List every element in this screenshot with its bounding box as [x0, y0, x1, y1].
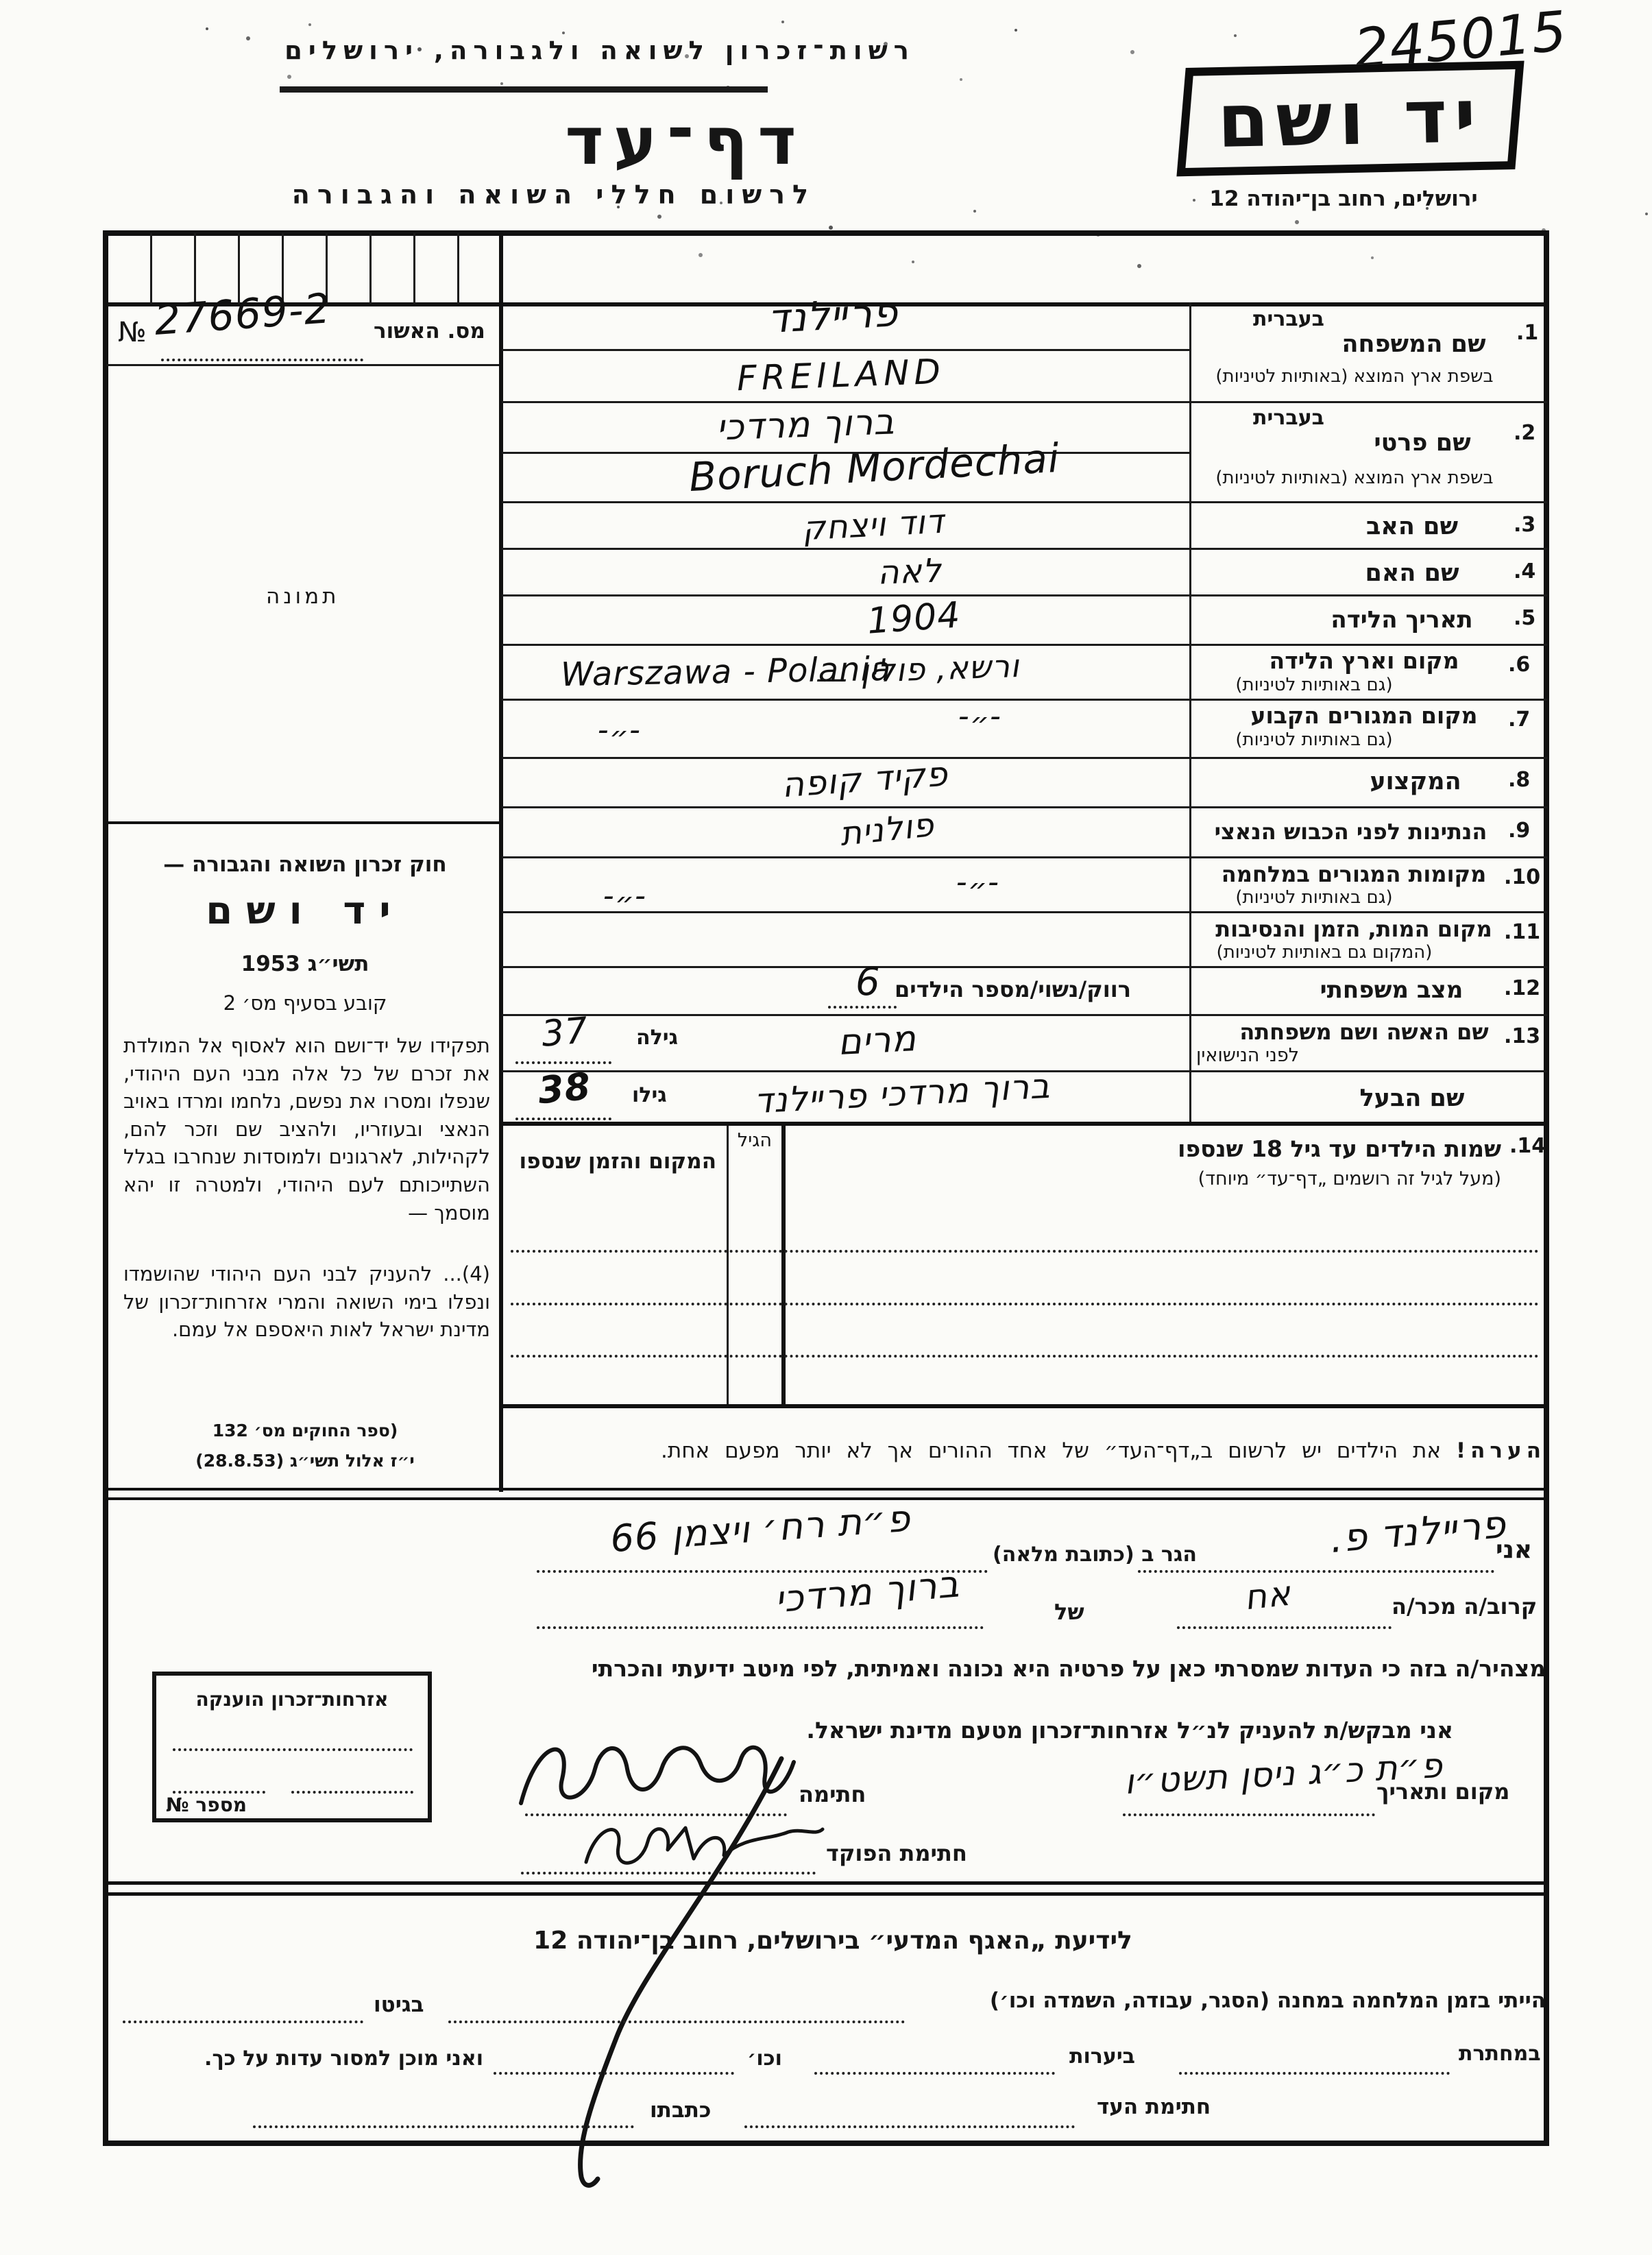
- note-text: את הילדים יש לרשום ב„דף־העד״ של אחד ההור…: [661, 1438, 1441, 1463]
- field-label-wife-name: שם האשה ושם משפחתה: [1227, 1019, 1501, 1045]
- photo-placeholder-label: תמונה: [266, 584, 340, 609]
- field-label-death-place: מקום המות, הזמן והנסיבות: [1213, 916, 1494, 942]
- field-number: 10.: [1504, 865, 1540, 889]
- law-section: קובע בסעיף מס׳ 2: [120, 991, 490, 1015]
- field-number: 1.: [1516, 321, 1538, 345]
- approval-dotted-line: [161, 359, 363, 361]
- field-label-father-name: שם האב: [1323, 513, 1501, 540]
- children-table-divider: [781, 1126, 786, 1404]
- row-line: [502, 1014, 1547, 1016]
- strip-cell-line: [369, 233, 372, 304]
- law-box-top-line: [107, 821, 499, 824]
- father-name-handwritten: דוד ויצחק: [801, 503, 945, 548]
- residence-ditto-mark: ־״־: [598, 720, 641, 755]
- relation-handwritten: אח: [1242, 1573, 1293, 1618]
- field-label-permanent-residence: מקום המגורים הקבוע: [1227, 702, 1501, 729]
- relation-of-label: של: [1054, 1599, 1084, 1625]
- form-title: דף־עד: [548, 103, 823, 180]
- residence-ditto-mark: ־״־: [958, 706, 1001, 741]
- law-paragraph-2: ‏(4)... להעניק לבני העם היהודי שהושמדו ו…: [123, 1260, 490, 1344]
- wartime-ditto-mark: ־״־: [956, 872, 999, 907]
- field-number: 12.: [1504, 976, 1540, 1000]
- grant-box-number-label: מספר №: [166, 1794, 247, 1816]
- left-column-divider: [499, 232, 503, 1492]
- approval-no-sign: №: [118, 317, 147, 348]
- row-line: [502, 856, 1547, 858]
- children-count-handwritten: 6: [855, 960, 881, 1004]
- field-label-profession: המקצוע: [1330, 768, 1501, 795]
- birth-place-latin-handwritten: Warszawa - Polania: [561, 650, 892, 694]
- note-label: הערה!: [1456, 1438, 1546, 1463]
- field-number: 4.: [1514, 559, 1535, 583]
- field-sublabel: (גם באותיות לטיניות): [1201, 675, 1427, 695]
- note-row: הערה! את הילדים יש לרשום ב„דף־העד״ של אח…: [507, 1438, 1546, 1463]
- witness-address-label: כתבתו: [650, 2098, 711, 2123]
- field-label-wartime-residences: מקומות המגורים במלחמה: [1213, 861, 1494, 887]
- underground-label: במחתרת: [1459, 2042, 1541, 2066]
- field-number: 11.: [1504, 920, 1540, 944]
- row-line: [502, 966, 1547, 968]
- field-number: 14.: [1509, 1134, 1546, 1158]
- mother-name-handwritten: לאה: [877, 551, 943, 592]
- form-subtitle: לרשום חללי השואה והגבורה: [322, 180, 816, 210]
- field-number: 13.: [1504, 1024, 1540, 1048]
- husband-age-handwritten: 38: [536, 1065, 592, 1112]
- strip-cell-line: [194, 233, 196, 304]
- camps-label: הייתי בזמן המלחמה במחנה (הסגר, עבודה, הש…: [919, 1988, 1546, 2013]
- field-label-marital-status: מצב משפחתי: [1289, 976, 1494, 1004]
- declaration-request: אני מבקש/ת להעניק לנ״ל אזרחות־זכרון מטעם…: [771, 1717, 1453, 1744]
- dotted-line: [515, 1118, 611, 1120]
- field-label-citizenship: הנתינות לפני הכבוש הנאצי: [1205, 819, 1496, 845]
- field-label-birth-date: תאריך הלידה: [1302, 606, 1501, 634]
- authority-underline: [280, 86, 768, 93]
- scan-noise: [206, 27, 208, 30]
- testify-label: ואני מוכן למסור עדות על כך.: [120, 2047, 483, 2071]
- approval-row-line: [106, 364, 499, 366]
- dotted-line: [123, 2021, 363, 2023]
- row-line: [502, 548, 1547, 550]
- family-name-hebrew-handwritten: פרײלנד: [766, 289, 899, 342]
- law-paragraph-1: תפקידו של יד־ושם הוא לאסוף אל המולדת את …: [123, 1032, 490, 1227]
- children-table-bottom-line: [502, 1404, 1547, 1408]
- field-number: 6.: [1508, 653, 1530, 677]
- grant-box-dotted: [291, 1791, 413, 1794]
- strip-cell-line: [413, 233, 415, 304]
- children-table-row-dotted: [511, 1250, 1539, 1253]
- field-label-family-name: שם המשפחה: [1333, 330, 1494, 358]
- children-table-top-line: [502, 1122, 1547, 1126]
- field-label-hebrew-qualifier: בעברית: [1234, 307, 1344, 331]
- field-sublabel: (גם באותיות לטיניות): [1201, 887, 1427, 908]
- row-line: [502, 911, 1547, 913]
- husband-age-label: גילו: [632, 1083, 667, 1107]
- relation-label: קרוב/ה מכר/ה: [1392, 1593, 1537, 1619]
- field-label-wife-name-2: לפני הנישואין: [1196, 1045, 1299, 1066]
- field-label-first-name: שם פרטי: [1354, 429, 1491, 457]
- dotted-line: [537, 1626, 984, 1629]
- field-sublabel: בשפת ארץ המוצא (באותיות לטיניות): [1198, 468, 1511, 488]
- strip-cell-line: [150, 233, 152, 304]
- declaration-statement: מצהיר/ה בזה כי העדות שמסרתי כאן על פרטיה…: [511, 1655, 1546, 1682]
- children-table-row-dotted: [511, 1303, 1539, 1305]
- children-table-divider: [727, 1126, 729, 1404]
- marital-status-inline-label: רווק/נשוי/מספר הילדים: [895, 976, 1131, 1002]
- dotted-line: [1179, 2072, 1450, 2075]
- children-table-row-dotted: [511, 1355, 1539, 1358]
- dotted-line: [494, 2072, 734, 2075]
- wife-age-label: גילה: [636, 1026, 678, 1050]
- testimony-page-scan: רשות־זכרון לשואה ולגבורה, ירושלים דף־עד …: [0, 0, 1652, 2255]
- field-sublabel: בשפת ארץ המוצא (באותיות לטיניות): [1198, 366, 1511, 387]
- dotted-line: [1138, 1570, 1494, 1573]
- field-label-hebrew-qualifier: בעברית: [1234, 406, 1344, 430]
- dotted-line: [448, 2021, 905, 2023]
- field-number: 5.: [1514, 606, 1535, 630]
- forests-label: ביערות: [1069, 2045, 1135, 2069]
- dotted-line: [253, 2125, 634, 2128]
- grant-box-dotted: [173, 1748, 413, 1751]
- children-names-sublabel: (מעל לגיל זה רושמים „דף־עד״ מיוחד): [932, 1168, 1501, 1190]
- double-line: [106, 1488, 1546, 1491]
- dotted-line: [515, 1061, 611, 1064]
- row-line: [502, 644, 1547, 646]
- wife-name-handwritten: מרים: [837, 1018, 918, 1063]
- strip-cell-line: [457, 233, 459, 304]
- field-number: 7.: [1508, 708, 1530, 732]
- field-label-birth-place: מקום וארץ הלידה: [1227, 647, 1501, 674]
- logo-text: יד ושם: [1217, 73, 1484, 164]
- witness-signature-label: חתימת העד: [1097, 2095, 1211, 2119]
- row-line: [502, 806, 1547, 808]
- approval-number-label: מס. האשור: [374, 319, 485, 343]
- row-line: [502, 349, 1189, 351]
- row-line: [502, 757, 1547, 759]
- field-number: 3.: [1514, 513, 1535, 537]
- scientific-branch-title: לידיעת „האגף המדעי״ בירושלים, רחוב בן־יה…: [480, 1927, 1186, 1955]
- children-place-column-header: המקום והזמן שנספו: [524, 1149, 716, 1174]
- children-age-column-header: הגיל: [728, 1130, 781, 1151]
- children-names-label: שמות הילדים עד גיל 18 שנספו: [932, 1135, 1501, 1162]
- wife-age-handwritten: 37: [540, 1010, 590, 1055]
- double-line: [106, 1497, 1546, 1500]
- row-line: [502, 594, 1547, 596]
- law-source-2: י״ז אלול תשי״ג (28.8.53): [120, 1451, 490, 1471]
- field-number: 8.: [1508, 768, 1530, 792]
- ghetto-label: בגיטו: [374, 1992, 424, 2017]
- authority-title: רשות־זכרון לשואה ולגבורה, ירושלים: [274, 36, 925, 65]
- labels-column-divider: [1189, 302, 1191, 1123]
- law-source-1: (ספר החוקים מס׳ 132: [120, 1421, 490, 1440]
- logo-address: ירושלים, רחוב בן־יהודה 12: [1165, 186, 1522, 211]
- law-year: תשי״ג 1953: [120, 952, 490, 976]
- dotted-line: [828, 1006, 897, 1009]
- double-line: [106, 1881, 1546, 1885]
- row-line: [502, 699, 1547, 701]
- address-label: הגר ב (כתובת מלאה): [993, 1543, 1197, 1567]
- birth-year-handwritten: 1904: [866, 594, 962, 642]
- dotted-line: [744, 2125, 1075, 2128]
- row-line: [502, 501, 1547, 503]
- field-sublabel: (המקום גם באותיות לטיניות): [1194, 942, 1455, 963]
- dotted-line: [1177, 1626, 1392, 1629]
- clerk-signature-label: חתימת הפוקד: [826, 1840, 967, 1866]
- dotted-line: [814, 2072, 1055, 2075]
- field-number: 2.: [1514, 421, 1535, 445]
- field-sublabel: (גם באותיות לטיניות): [1201, 729, 1427, 750]
- field-number: 9.: [1508, 819, 1530, 843]
- first-name-hebrew-handwritten: ברוך מרדכי: [716, 401, 895, 448]
- dotted-line: [1123, 1813, 1375, 1816]
- wartime-ditto-mark: ־״־: [603, 886, 646, 921]
- law-yad-vashem: יד ושם: [120, 889, 490, 933]
- family-name-latin-handwritten: FREILAND: [736, 352, 946, 399]
- field-label-mother-name: שם האם: [1323, 559, 1501, 587]
- law-title: חוק זכרון השואה והגבורה —: [120, 852, 490, 877]
- field-label-husband-name: שם הבעל: [1337, 1085, 1487, 1112]
- grant-box-title: אזרחות־זכרון הוענקה: [159, 1688, 425, 1711]
- double-line: [106, 1892, 1546, 1896]
- etc-label: וכו׳: [747, 2047, 782, 2071]
- yad-vashem-logo: יד ושם: [1176, 61, 1524, 177]
- row-line: [502, 401, 1547, 403]
